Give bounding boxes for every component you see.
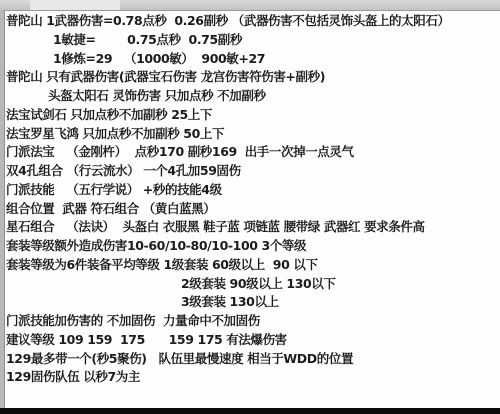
text-line: 129最多带一个(秒5聚伤) 队伍里最慢速度 相当于WDD的位置 <box>6 350 353 368</box>
document-text-area[interactable]: 普陀山 1武器伤害=0.78点秒 0.26副秒 （武器伤害不包括灵饰头盔上的太阳… <box>6 12 500 408</box>
text-line: 3级套装 130以上 <box>181 293 279 311</box>
text-line: 门派技能 （五行学说） +秒的技能4级 <box>6 181 222 199</box>
text-line: 门派法宝 （金刚杵） 点秒170 副秒169 出手一次掉一点灵气 <box>6 143 354 161</box>
window-left-border <box>0 10 5 408</box>
text-line: 组合位置 武器 符石组合 （黄白蓝黑） <box>6 200 215 218</box>
text-line: 1修炼=29 （1000敏） 900敏+27 <box>53 50 265 68</box>
text-line: 1敏捷= 0.75点秒 0.75副秒 <box>53 31 242 49</box>
text-line: 门派技能加伤害的 不加固伤 力量命中不加固伤 <box>6 312 260 330</box>
text-line: 建议等级 109 159 175 159 175 有法爆伤害 <box>6 331 287 349</box>
text-line: 法宝罗星飞鸿 只加点秒不加副秒 50上下 <box>6 125 224 143</box>
text-line: 头盔太阳石 灵饰伤害 只加点秒 不加副秒 <box>48 87 266 105</box>
text-line: 星石组合 （法诀） 头盔白 衣服黑 鞋子蓝 项链蓝 腰带绿 武器红 要求条件高 <box>6 218 425 236</box>
text-line: 法宝试剑石 只加点秒不加副秒 25上下 <box>6 106 212 124</box>
text-line: 普陀山 1武器伤害=0.78点秒 0.26副秒 （武器伤害不包括灵饰头盔上的太阳… <box>6 12 450 30</box>
text-line: 129固伤队伍 以秒7为主 <box>6 368 140 386</box>
text-line: 套装等级额外造成伤害10-60/10-80/10-100 3个等级 <box>6 237 306 255</box>
text-line: 普陀山 只有武器伤害(武器宝石伤害 龙宫伤害符伤害+副秒) <box>6 68 325 86</box>
text-line: 2级套装 90级以上 130以下 <box>181 275 336 293</box>
document-window: 普陀山 1武器伤害=0.78点秒 0.26副秒 （武器伤害不包括灵饰头盔上的太阳… <box>0 0 500 408</box>
titlebar-tab[interactable] <box>30 0 120 10</box>
screen-bottom-edge <box>0 408 500 414</box>
window-titlebar <box>0 0 500 11</box>
text-line: 双4孔组合 （行云流水） 一个4孔加59固伤 <box>6 162 241 180</box>
text-line: 套装等级为6件装备平均等级 1级套装 60级以上 90 以下 <box>6 256 318 274</box>
